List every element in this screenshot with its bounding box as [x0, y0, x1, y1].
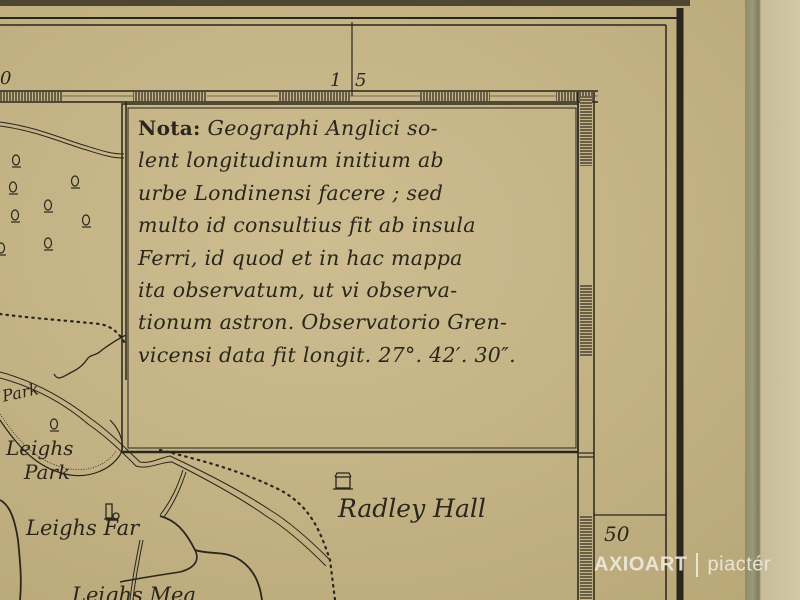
watermark-brand: AXIOART	[594, 553, 688, 575]
watermark-divider	[696, 553, 698, 577]
nota-line-7: tionum astron. Observatorio Gren-	[138, 306, 578, 338]
scale-number-5: 5	[355, 70, 366, 91]
nota-line-8: vicensi data fit longit. 27°. 42′. 30″.	[138, 339, 578, 371]
nota-line-1: Nota: Geographi Anglici so-	[138, 112, 578, 144]
scale-number-1: 1	[330, 70, 341, 91]
nota-text-block: Nota: Geographi Anglici so- lent longitu…	[138, 112, 578, 371]
nota-line-4: multo id consultius fit ab insula	[138, 209, 578, 241]
watermark-subtitle: piactér	[708, 553, 772, 575]
nota-heading: Nota:	[138, 116, 201, 140]
nota-line-3: urbe Londinensi facere ; sed	[138, 177, 578, 209]
label-leighs-park-line2: Park	[24, 460, 70, 484]
nota-line-6: ita observatum, ut vi observa-	[138, 274, 578, 306]
label-leighs-meadow: Leighs Mea	[72, 583, 196, 600]
nota-line-5: Ferri, id quod et in hac mappa	[138, 242, 578, 274]
scale-number-50: 50	[604, 522, 629, 546]
building-icons	[104, 473, 353, 519]
watermark-logo: AXIOARTpiactér	[594, 553, 771, 577]
scale-number-0: 0	[0, 68, 11, 89]
label-leighs-park-line1: Leighs	[6, 436, 73, 460]
nota-line-2: lent longitudinum initium ab	[138, 144, 578, 176]
label-leighs-farm: Leighs Far	[26, 516, 139, 540]
label-radley-hall: Radley Hall	[338, 494, 486, 523]
